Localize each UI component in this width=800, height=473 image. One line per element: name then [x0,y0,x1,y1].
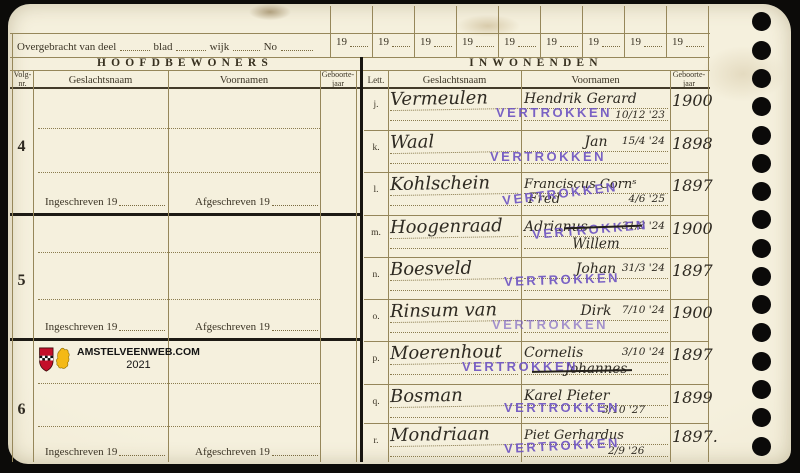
col-header-geboortejaar-left: Geboorte- jaar [320,71,356,88]
transfer-label-blad: blad [154,41,173,53]
afgeschreven-text: Afgeschreven 19 [195,196,270,208]
binder-hole [752,182,771,201]
dotted-leader [476,36,494,47]
letter-label: o. [364,312,388,322]
dotted-leader [119,453,165,456]
inwonende-row-k: k. Waal Jan 15/4 '24 VERTROKKEN 1898 [364,130,708,172]
dotted-leader [272,203,318,206]
departure-date: 3/10 '24 [521,346,665,358]
letter-label: q. [364,397,388,407]
surname-handwritten: Boesveld [390,257,518,281]
dotted-line [390,408,518,418]
year-prefix: 19 [504,36,515,48]
col-header-geboortejaar-right: Geboorte- jaar [670,71,708,88]
vertrokken-stamp: VERTROKKEN [496,105,612,120]
transfer-label-wijk: wijk [210,41,230,53]
year-cell: 19 [582,33,624,57]
afgeschreven-label: Afgeschreven 19 [195,321,318,333]
year-prefix: 19 [546,36,557,48]
birth-year: 1900 [672,303,706,322]
dotted-leader [119,328,165,331]
binder-hole [752,69,771,88]
table-divider [360,57,363,462]
dotted-line [390,281,518,291]
watermark: AMSTELVEENWEB.COM 2021 [38,346,200,375]
binder-hole [752,41,771,60]
year-cell: 19 [456,33,498,57]
surname-handwritten: Bosman [390,384,518,408]
ingeschreven-text: Ingeschreven 19 [45,196,117,208]
dotted-leader [272,328,318,331]
year-cell: 19 [498,33,540,57]
afgeschreven-text: Afgeschreven 19 [195,446,270,458]
dotted-leader [272,453,318,456]
year-cell: 19 [372,33,414,57]
inwonende-row-l: l. Kohlschein Franciscus Cornˢ Fred 4/6 … [364,172,708,215]
ingeschreven-text: Ingeschreven 19 [45,446,117,458]
letter-label: l. [364,185,388,195]
watermark-site: AMSTELVEENWEB.COM [77,346,200,358]
letter-label: p. [364,354,388,364]
col-header-geboortejaar-bottom: jaar [320,80,356,89]
dotted-line [38,172,320,173]
blank-cell [666,6,708,33]
inwonende-row-r: r. Mondriaan Piet Gerhardus 2/9 '26 VERT… [364,423,708,462]
binder-hole [752,323,771,342]
scanned-register-page: 19 19 19 19 19 19 19 19 19 Overgebracht … [0,0,800,473]
surname-handwritten: Hoogenraad [390,215,518,239]
dotted-line [390,239,518,249]
col-header-volgnr-bottom: nr. [12,80,33,89]
col-header-geslachtsnaam-left: Geslachtsnaam [33,75,168,86]
dotted-leader [350,36,368,47]
hoofdbewoners-block-4: 4 Ingeschreven 19 Afgeschreven 19 [10,88,360,210]
dotted-leader [560,36,578,47]
binder-hole [752,239,771,258]
letter-label: r. [364,436,388,446]
blank-cell [540,6,582,33]
year-prefix: 19 [588,36,599,48]
dotted-leader [686,36,704,47]
birth-year: 1897 [672,176,706,195]
blank-cell [498,6,540,33]
ingeschreven-label: Ingeschreven 19 [45,321,165,333]
watermark-year: 2021 [77,359,200,371]
year-prefix: 19 [420,36,431,48]
dotted-line [38,299,320,300]
binder-hole [752,267,771,286]
birth-year: 1897 [672,261,706,280]
binder-hole [752,97,771,116]
dotted-leader [644,36,662,47]
birth-year: 1897 [672,345,706,364]
volgnr-value: 6 [10,401,33,419]
binder-hole [752,352,771,371]
year-prefix: 19 [378,36,389,48]
letter-label: n. [364,270,388,280]
blank-cell [582,6,624,33]
inwonende-row-n: n. Boesveld Johan 31/3 '24 VERTROKKEN 18… [364,257,708,299]
inwonende-row-j: j. Vermeulen Hendrik Gerard 10/12 '23 VE… [364,88,708,130]
vertrokken-stamp: VERTROKKEN [492,317,608,332]
dotted-line [38,383,320,384]
col-header-lett: Lett. [364,75,388,85]
dotted-leader [392,36,410,47]
afgeschreven-label: Afgeschreven 19 [195,196,318,208]
dotted-leader [281,48,313,51]
dotted-leader [119,203,165,206]
binder-hole [752,295,771,314]
dotted-leader [518,36,536,47]
volgnr-value: 5 [10,272,33,290]
watermark-text-block: AMSTELVEENWEB.COM 2021 [77,346,200,371]
blank-cell [456,6,498,33]
birth-year: 1899 [672,388,706,407]
year-cell: 19 [540,33,582,57]
ingeschreven-label: Ingeschreven 19 [45,446,165,458]
dotted-line [38,128,320,129]
birth-year: 1900 [672,91,706,110]
inwonende-row-m: m. Hoogenraad Adrianus Willem 31/3 '24 V… [364,215,708,257]
letter-label: j. [364,100,388,110]
transfer-label-deel: Overgebracht van deel [17,41,116,53]
section-title-hoofdbewoners: HOOFDBEWONERS [10,57,360,70]
blank-cell [372,6,414,33]
blank-cell [330,6,372,33]
inwonende-row-o: o. Rinsum van Dirk 7/10 '24 VERTROKKEN 1… [364,299,708,341]
dotted-leader [434,36,452,47]
departure-date: 15/4 '24 [521,135,665,147]
dotted-line [390,447,518,457]
transfer-label-no: No [264,41,277,53]
col-header-voornamen-left: Voornamen [168,75,320,86]
dotted-line [38,252,320,253]
departure-date: 7/10 '24 [521,304,665,316]
year-cell: 19 [414,33,456,57]
inwonende-row-q: q. Bosman Karel Pieter 3/10 '27 VERTROKK… [364,384,708,423]
dotted-leader [176,48,205,51]
letter-label: k. [364,143,388,153]
binder-hole [752,154,771,173]
afgeschreven-text: Afgeschreven 19 [195,321,270,333]
dotted-leader [120,48,149,51]
birth-year: 1900 [672,219,706,238]
birth-year: 1897. [672,427,706,446]
surname-handwritten: Kohlschein [390,172,518,196]
transfer-line: Overgebracht van deel blad wijk No [17,37,317,53]
grid-line [10,33,710,34]
blank-cell [624,6,666,33]
binder-hole [752,12,771,31]
col-header-volgnr: Volg- nr. [12,71,33,88]
vertrokken-stamp: VERTROKKEN [504,400,620,415]
hoofdbewoners-block-5: 5 Ingeschreven 19 Afgeschreven 19 [10,216,360,335]
top-blank-row [330,6,708,33]
surname-handwritten: Mondriaan [390,423,518,447]
vertrokken-stamp: VERTROKKEN [490,149,606,164]
year-cell: 19 [624,33,666,57]
year-cell: 19 [330,33,372,57]
binder-hole [752,380,771,399]
col-header-geboortejaar-bottom: jaar [670,80,708,89]
dotted-leader [233,48,259,51]
section-title-inwonenden: INWONENDEN [364,57,708,70]
dotted-leader [602,36,620,47]
letter-label: m. [364,228,388,238]
year-prefix: 19 [336,36,347,48]
ingeschreven-label: Ingeschreven 19 [45,196,165,208]
blank-cell [414,6,456,33]
amstelveen-coat-of-arms-icon [38,346,72,375]
year-prefix: 19 [630,36,641,48]
afgeschreven-label: Afgeschreven 19 [195,446,318,458]
inwonende-row-p: p. Moerenhout Cornelis Johannes 3/10 '24… [364,341,708,384]
year-header-row: 19 19 19 19 19 19 19 19 19 [330,33,708,57]
birth-year: 1898 [672,134,706,153]
binder-hole [752,126,771,145]
binder-hole [752,437,771,456]
binder-hole [752,210,771,229]
year-prefix: 19 [672,36,683,48]
binder-hole [752,408,771,427]
dotted-line [38,426,320,427]
year-prefix: 19 [462,36,473,48]
col-header-geslachtsnaam-right: Geslachtsnaam [388,75,521,86]
dotted-line [390,196,518,206]
year-cell: 19 [666,33,708,57]
col-header-voornamen-right: Voornamen [521,75,670,86]
volgnr-value: 4 [10,138,33,156]
ingeschreven-text: Ingeschreven 19 [45,321,117,333]
